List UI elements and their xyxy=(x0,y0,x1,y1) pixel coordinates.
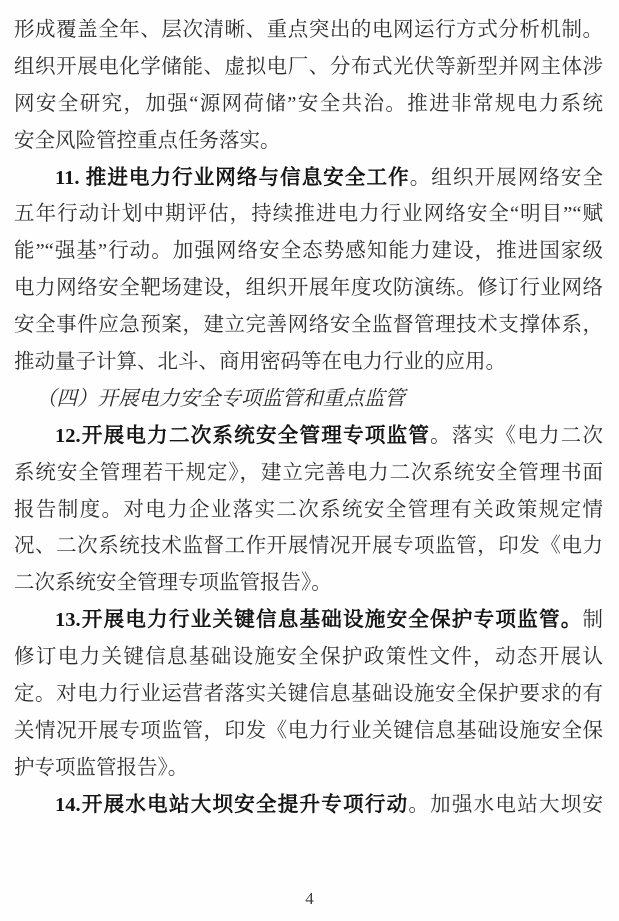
text-line: 13.开展电力行业关键信息基础设施安全保护专项监管。制 xyxy=(14,602,603,639)
paragraph-heading-run: 14.开展水电站大坝安全提升专项行动 xyxy=(55,794,408,816)
text-line: 网安全研究，加强“源网荷储”安全共治。推进非常规电力系统 xyxy=(14,86,603,123)
text-line: 二次系统安全管理专项监管报告》。 xyxy=(14,565,603,602)
body-text-run: 。加强水电站大坝安 xyxy=(408,794,603,816)
body-text-run: 。组织开展网络安全 xyxy=(410,167,603,189)
text-line: 系统安全管理若干规定》，建立完善电力二次系统安全管理书面 xyxy=(14,455,603,492)
body-text-run: 况、二次系统技术监督工作开展情况开展专项监管，印发《电力 xyxy=(14,535,603,557)
paragraph-heading-run: 11. 推进电力行业网络与信息安全工作 xyxy=(55,167,410,189)
text-line: 五年行动计划中期评估，持续推进电力行业网络安全“明目”“赋 xyxy=(14,196,603,233)
body-text-run: 系统安全管理若干规定》，建立完善电力二次系统安全管理书面 xyxy=(14,462,603,484)
body-text-run: 五年行动计划中期评估，持续推进电力行业网络安全“明目”“赋 xyxy=(14,203,603,225)
body-text-run: 组织开展电化学储能、虚拟电厂、分布式光伏等新型并网主体涉 xyxy=(14,56,603,78)
paragraph-heading-run: 12.开展电力二次系统安全管理专项监管 xyxy=(55,425,430,447)
body-text-run: 网安全研究，加强“源网荷储”安全共治。推进非常规电力系统 xyxy=(14,93,603,115)
body-text-run: 安全事件应急预案，建立完善网络安全监督管理技术支撑体系， xyxy=(14,314,603,336)
text-line: 关情况开展专项监管，印发《电力行业关键信息基础设施安全保 xyxy=(14,713,603,750)
text-line: 组织开展电化学储能、虚拟电厂、分布式光伏等新型并网主体涉 xyxy=(14,49,603,86)
section-heading-line: （四）开展电力安全专项监管和重点监管 xyxy=(14,381,603,418)
text-line: 能”“强基”行动。加强网络安全态势感知能力建设，推进国家级 xyxy=(14,233,603,270)
text-line: 定。对电力行业运营者落实关键信息基础设施安全保护要求的有 xyxy=(14,676,603,713)
paragraph-heading-run: 13.开展电力行业关键信息基础设施安全保护专项监管。 xyxy=(55,609,583,631)
body-text-run: 能”“强基”行动。加强网络安全态势感知能力建设，推进国家级 xyxy=(14,240,603,262)
body-text-run: 护专项监管报告》。 xyxy=(14,757,188,779)
body-text-run: 推动量子计算、北斗、商用密码等在电力行业的应用。 xyxy=(14,351,506,373)
document-page: 形成覆盖全年、层次清晰、重点突出的电网运行方式分析机制。组织开展电化学储能、虚拟… xyxy=(0,0,619,921)
text-line: 修订电力关键信息基础设施安全保护政策性文件，动态开展认 xyxy=(14,639,603,676)
page-number: 4 xyxy=(0,889,619,909)
text-line: 安全事件应急预案，建立完善网络安全监督管理技术支撑体系， xyxy=(14,307,603,344)
body-text-run: 电力网络安全靶场建设，组织开展年度攻防演练。修订行业网络 xyxy=(14,277,603,299)
body-text-run: 定。对电力行业运营者落实关键信息基础设施安全保护要求的有 xyxy=(14,683,603,705)
text-line: 护专项监管报告》。 xyxy=(14,750,603,787)
text-line: 11. 推进电力行业网络与信息安全工作。组织开展网络安全 xyxy=(14,160,603,197)
section-heading-run: （四）开展电力安全专项监管和重点监管 xyxy=(36,388,405,410)
text-line: 安全风险管控重点任务落实。 xyxy=(14,123,603,160)
body-text-run: 形成覆盖全年、层次清晰、重点突出的电网运行方式分析机制。 xyxy=(14,19,603,41)
body-text-run: 关情况开展专项监管，印发《电力行业关键信息基础设施安全保 xyxy=(14,720,603,742)
text-line: 形成覆盖全年、层次清晰、重点突出的电网运行方式分析机制。 xyxy=(14,12,603,49)
text-line: 电力网络安全靶场建设，组织开展年度攻防演练。修订行业网络 xyxy=(14,270,603,307)
text-line: 况、二次系统技术监督工作开展情况开展专项监管，印发《电力 xyxy=(14,528,603,565)
text-line: 推动量子计算、北斗、商用密码等在电力行业的应用。 xyxy=(14,344,603,381)
body-text-run: 修订电力关键信息基础设施安全保护政策性文件，动态开展认 xyxy=(14,646,603,668)
body-text-run: 二次系统安全管理专项监管报告》。 xyxy=(14,572,332,594)
body-text-run: 制 xyxy=(583,609,604,631)
body-text-run: 。落实《电力二次 xyxy=(430,425,603,447)
body-text-run: 报告制度。对电力企业落实二次系统安全管理有关政策规定情 xyxy=(14,499,603,521)
body-text-run: 安全风险管控重点任务落实。 xyxy=(14,130,281,152)
text-block: 形成覆盖全年、层次清晰、重点突出的电网运行方式分析机制。组织开展电化学储能、虚拟… xyxy=(14,12,603,824)
text-line: 12.开展电力二次系统安全管理专项监管。落实《电力二次 xyxy=(14,418,603,455)
text-line: 14.开展水电站大坝安全提升专项行动。加强水电站大坝安 xyxy=(14,787,603,824)
text-line: 报告制度。对电力企业落实二次系统安全管理有关政策规定情 xyxy=(14,492,603,529)
